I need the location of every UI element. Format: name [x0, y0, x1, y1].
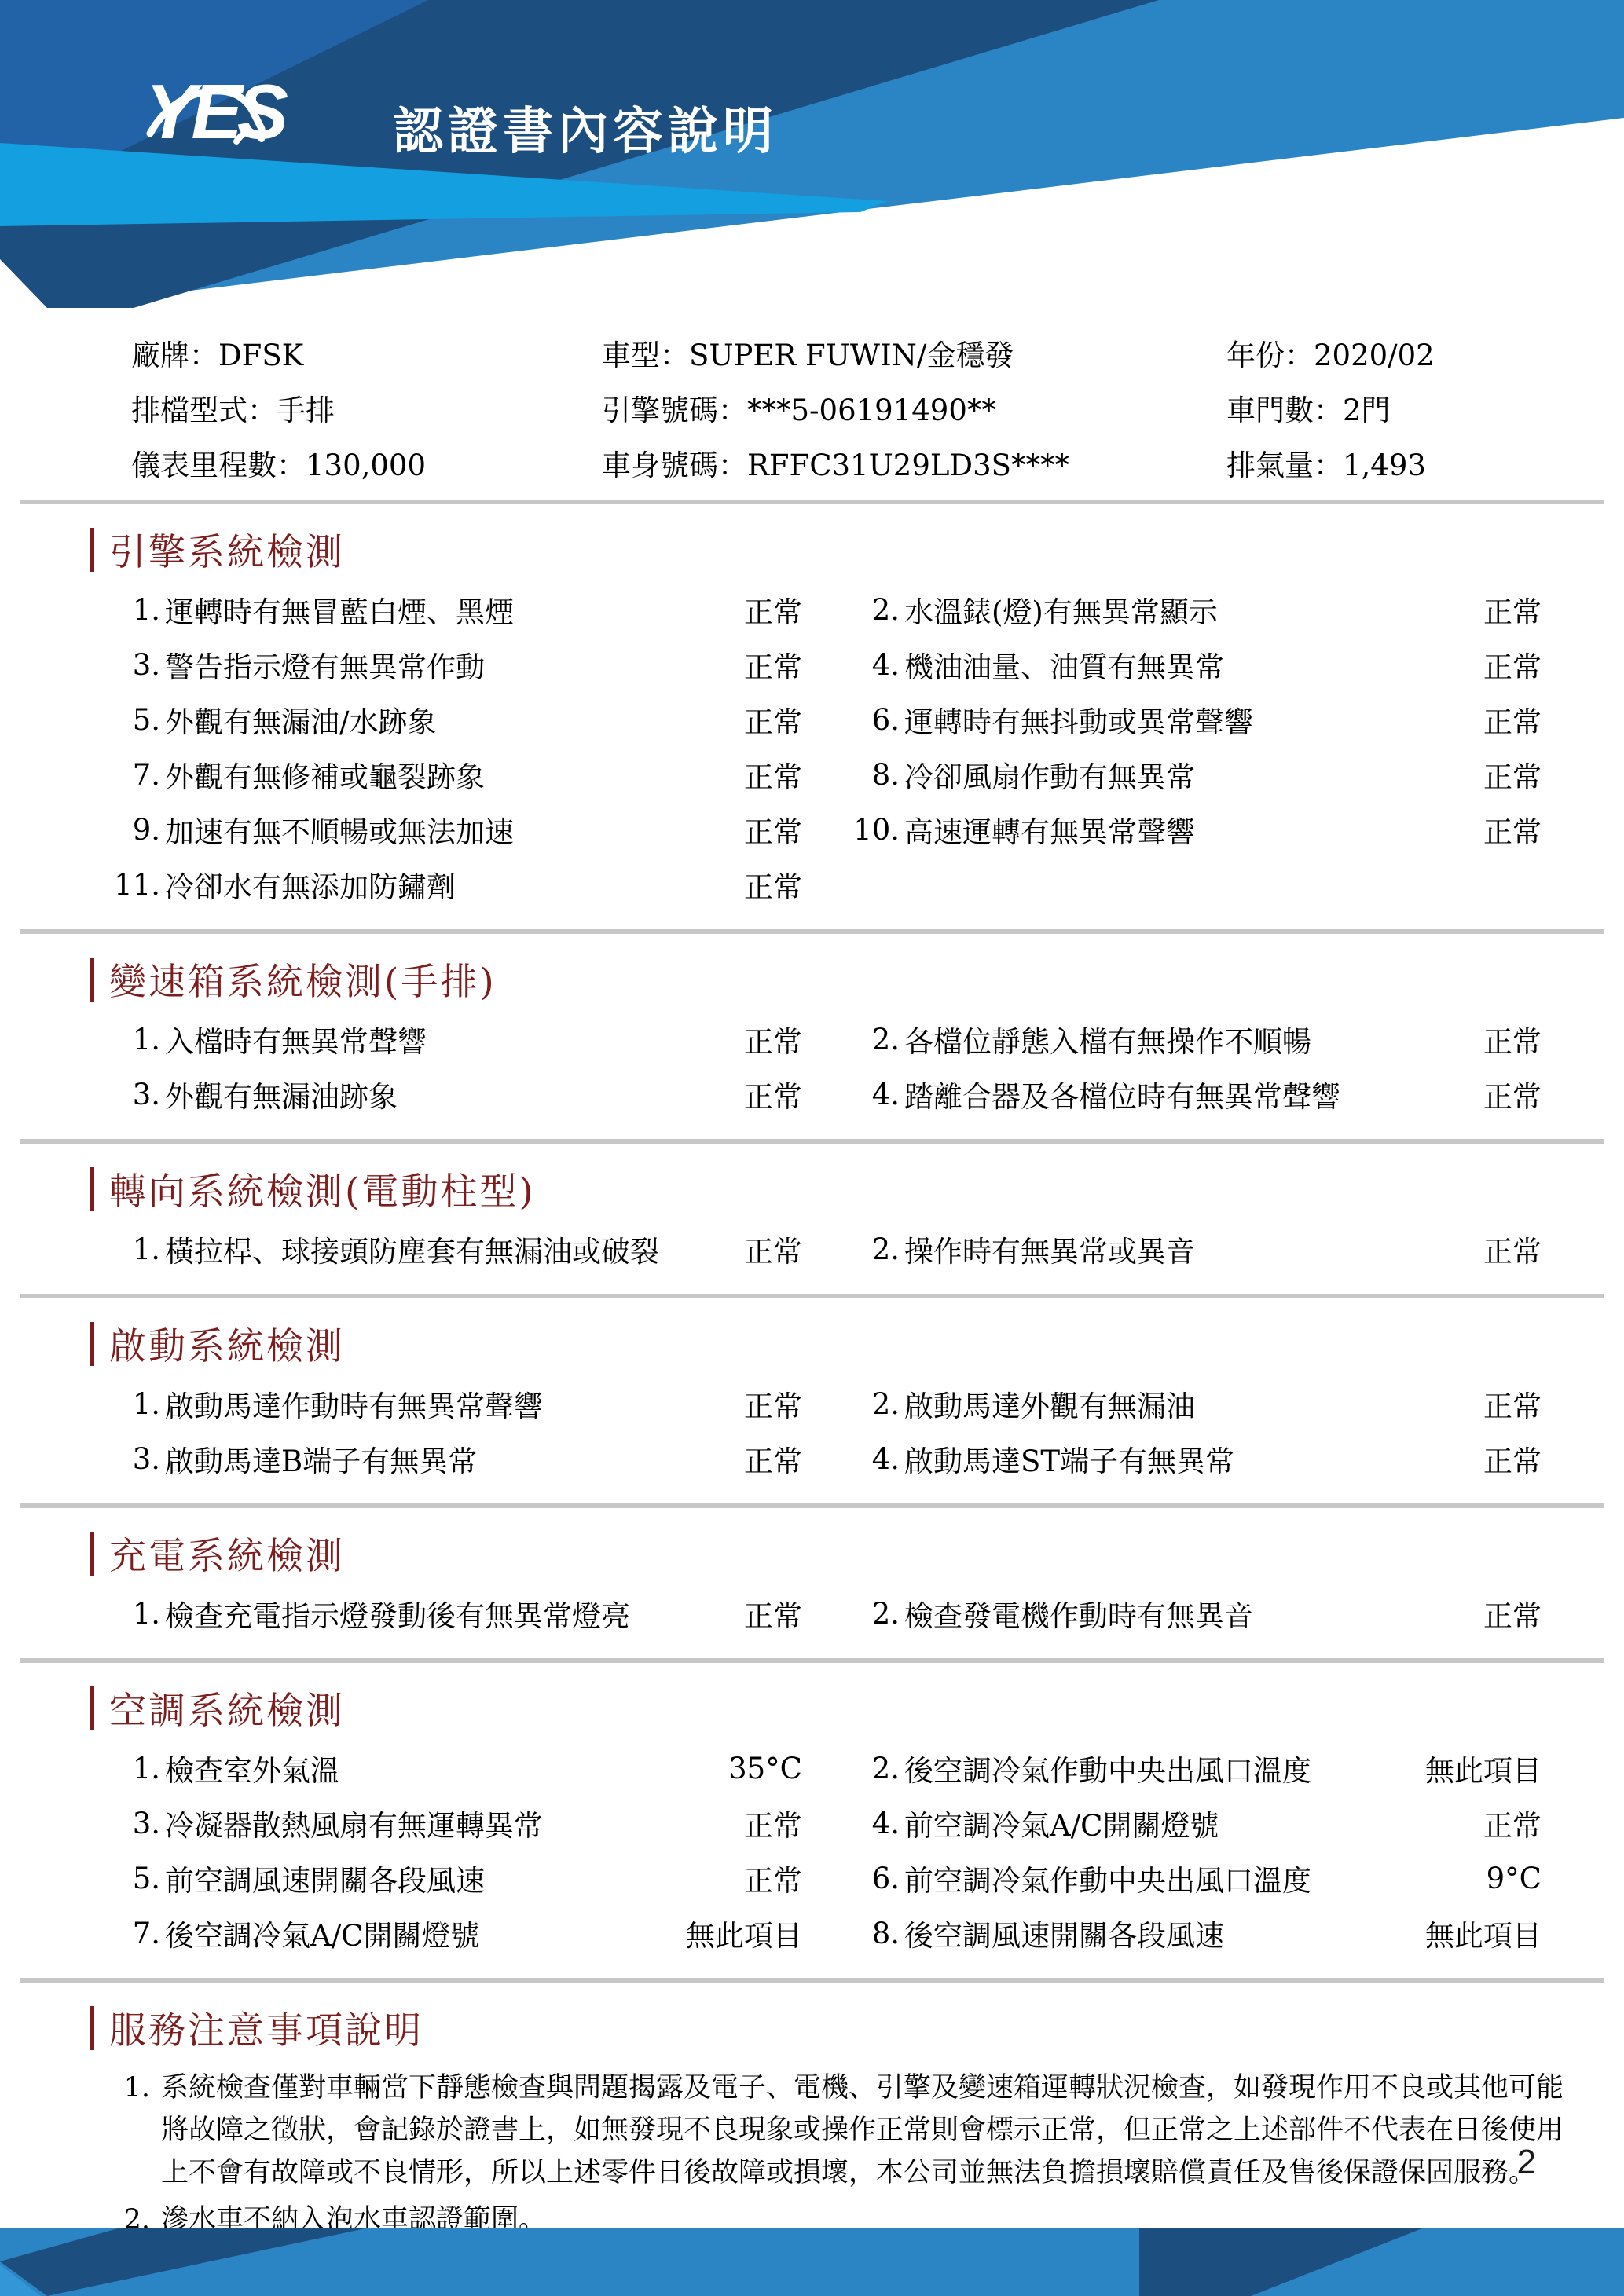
item-label: 後空調風速開關各段風速: [904, 1906, 1400, 1961]
item-label: 啟動馬達ST端子有無異常: [904, 1431, 1400, 1486]
column-gap: [802, 1012, 826, 1067]
item-value: 正常: [661, 1376, 802, 1431]
column-gap: [802, 1796, 826, 1851]
info-field-label: 車型: [602, 339, 660, 372]
note-row: 1.系統檢查僅對車輛當下靜態檢查與問題揭露及電子、電機、引擎及變速箱運轉狀況檢查…: [47, 2067, 1569, 2194]
info-field-colon: ：: [660, 339, 689, 372]
item-value: 正常: [1400, 1067, 1542, 1122]
item-number: 2.: [826, 1376, 904, 1431]
info-field-value: SUPER FUWIN/金穩發: [689, 339, 1014, 372]
page-footer: [0, 2228, 1624, 2296]
item-label: 橫拉桿、球接頭防塵套有無漏油或破裂: [165, 1221, 661, 1276]
item-number: 5.: [47, 1851, 165, 1906]
item-value: 正常: [1400, 1431, 1542, 1486]
item-value: 正常: [661, 692, 802, 747]
info-field-label: 排氣量: [1226, 449, 1314, 482]
section-title: 變速箱系統檢測(手排): [109, 953, 497, 1005]
info-field-label: 引擎號碼: [602, 394, 718, 427]
item-label: 外觀有無漏油/水跡象: [165, 692, 661, 747]
section-title: 空調系統檢測: [109, 1682, 345, 1734]
item-number: 5.: [47, 692, 165, 747]
info-field-colon: ：: [277, 449, 306, 482]
column-gap: [802, 1067, 826, 1122]
item-label: 操作時有無異常或異音: [904, 1221, 1400, 1276]
item-label: 後空調冷氣作動中央出風口溫度: [904, 1741, 1400, 1796]
column-gap: [802, 1586, 826, 1641]
column-gap: [802, 1906, 826, 1961]
section-accent-bar: [90, 1322, 94, 1366]
info-field-colon: ：: [189, 339, 218, 372]
note-text-content: 系統檢查僅對車輛當下靜態檢查與問題揭露及電子、電機、引擎及變速箱運轉狀況檢查，如…: [161, 2072, 1564, 2188]
item-value: 正常: [661, 1221, 802, 1276]
item-number: 4.: [826, 1431, 904, 1486]
item-value: 無此項目: [661, 1906, 802, 1961]
item-value: 無此項目: [1400, 1906, 1542, 1961]
info-field: 年份：2020/02: [1226, 331, 1577, 374]
info-field: 排氣量：1,493: [1226, 441, 1577, 484]
item-number: 2.: [826, 1741, 904, 1796]
section-divider: [20, 1978, 1604, 1983]
item-number: 9.: [47, 802, 165, 857]
info-field-value: 手排: [277, 394, 335, 427]
info-field-label: 車門數: [1226, 394, 1314, 427]
section-heading: 引擎系統檢測: [90, 523, 1624, 576]
column-gap: [802, 1741, 826, 1796]
item-value: 正常: [1400, 802, 1542, 857]
item-label: 啟動馬達作動時有無異常聲響: [165, 1376, 661, 1431]
page-header: YES 認證書內容說明: [0, 0, 1624, 308]
section-accent-bar: [90, 958, 94, 1002]
page-number: 2: [1517, 2143, 1536, 2182]
item-label: 冷凝器散熱風扇有無運轉異常: [165, 1796, 661, 1851]
item-number: 2.: [826, 1586, 904, 1641]
item-number: 8.: [826, 1906, 904, 1961]
section-heading: 充電系統檢測: [90, 1527, 1624, 1580]
item-value: 正常: [661, 1796, 802, 1851]
info-field-label: 廠牌: [131, 339, 189, 372]
section-items: 1.檢查充電指示燈發動後有無異常燈亮正常2.檢查發電機作動時有無異音正常: [47, 1586, 1542, 1641]
item-label: 運轉時有無冒藍白煙、黑煙: [165, 582, 661, 637]
section-accent-bar: [90, 528, 94, 572]
section-items: 1.檢查室外氣溫35°C2.後空調冷氣作動中央出風口溫度無此項目3.冷凝器散熱風…: [47, 1741, 1542, 1961]
item-label: 踏離合器及各檔位時有無異常聲響: [904, 1067, 1400, 1122]
item-number: 1.: [47, 1012, 165, 1067]
item-value: 正常: [661, 1012, 802, 1067]
car-silhouette-icon: [145, 75, 271, 154]
item-value: 正常: [661, 1431, 802, 1486]
section-items: 1.入檔時有無異常聲響正常2.各檔位靜態入檔有無操作不順暢正常3.外觀有無漏油跡…: [47, 1012, 1542, 1122]
info-field: 引擎號碼：***5-06191490**: [602, 386, 1226, 429]
section-divider: [20, 1139, 1604, 1144]
item-number: 3.: [47, 1067, 165, 1122]
info-field-colon: ：: [247, 394, 277, 427]
section-items: 1.啟動馬達作動時有無異常聲響正常2.啟動馬達外觀有無漏油正常3.啟動馬達B端子…: [47, 1376, 1542, 1486]
item-label: 外觀有無修補或龜裂跡象: [165, 747, 661, 802]
column-gap: [802, 1376, 826, 1431]
item-label: 高速運轉有無異常聲響: [904, 802, 1400, 857]
info-field-value: DFSK: [218, 339, 303, 372]
item-value: 9°C: [1400, 1851, 1542, 1906]
section-title: 充電系統檢測: [109, 1527, 345, 1580]
item-label: 檢查室外氣溫: [165, 1741, 661, 1796]
section-items: 1.橫拉桿、球接頭防塵套有無漏油或破裂正常2.操作時有無異常或異音正常: [47, 1221, 1542, 1276]
item-value: 正常: [661, 802, 802, 857]
item-value: 正常: [1400, 582, 1542, 637]
info-field-value: 130,000: [306, 449, 426, 482]
info-field-label: 車身號碼: [602, 449, 718, 482]
column-gap: [802, 802, 826, 857]
section-title: 啟動系統檢測: [109, 1317, 345, 1370]
item-label: 運轉時有無抖動或異常聲響: [904, 692, 1400, 747]
column-gap: [802, 1431, 826, 1486]
item-number: 2.: [826, 1221, 904, 1276]
section-title: 引擎系統檢測: [109, 523, 345, 576]
section-heading: 轉向系統檢測(電動柱型): [90, 1163, 1624, 1215]
section-heading: 啟動系統檢測: [90, 1317, 1624, 1370]
column-gap: [802, 1221, 826, 1276]
item-label: 前空調風速開關各段風速: [165, 1851, 661, 1906]
vehicle-info: 廠牌：DFSK車型：SUPER FUWIN/金穩發年份：2020/02排檔型式：…: [131, 331, 1577, 484]
info-field-label: 排檔型式: [131, 394, 247, 427]
item-label: 檢查充電指示燈發動後有無異常燈亮: [165, 1586, 661, 1641]
item-value: 無此項目: [1400, 1741, 1542, 1796]
item-number: 2.: [826, 582, 904, 637]
item-label: 啟動馬達外觀有無漏油: [904, 1376, 1400, 1431]
item-label: 啟動馬達B端子有無異常: [165, 1431, 661, 1486]
section-heading: 變速箱系統檢測(手排): [90, 953, 1624, 1005]
column-gap: [802, 692, 826, 747]
section-items: 1.運轉時有無冒藍白煙、黑煙正常2.水溫錶(燈)有無異常顯示正常3.警告指示燈有…: [47, 582, 1542, 912]
info-field: 車門數：2門: [1226, 386, 1577, 429]
item-number: 2.: [826, 1012, 904, 1067]
info-field-value: 1,493: [1343, 449, 1426, 482]
info-field-colon: ：: [1314, 394, 1343, 427]
item-number: 4.: [826, 1067, 904, 1122]
info-field-value: 2020/02: [1314, 339, 1435, 372]
item-value: 正常: [1400, 747, 1542, 802]
item-value: 正常: [661, 747, 802, 802]
item-number: 6.: [826, 1851, 904, 1906]
item-number: 1.: [47, 1221, 165, 1276]
item-number: 6.: [826, 692, 904, 747]
item-value: 正常: [1400, 1586, 1542, 1641]
item-value: 正常: [661, 637, 802, 692]
item-value: 正常: [1400, 1221, 1542, 1276]
section-divider: [20, 1503, 1604, 1508]
section-accent-bar: [90, 2006, 94, 2050]
item-label: 後空調冷氣A/C開關燈號: [165, 1906, 661, 1961]
page-title: 認證書內容說明: [393, 91, 778, 163]
item-number: 7.: [47, 1906, 165, 1961]
info-field-colon: ：: [1314, 449, 1343, 482]
section-title: 服務注意事項說明: [109, 2001, 423, 2054]
item-number: 8.: [826, 747, 904, 802]
item-number: 1.: [47, 1586, 165, 1641]
item-value: 正常: [1400, 1376, 1542, 1431]
item-value: 正常: [661, 1067, 802, 1122]
item-number: 1.: [47, 582, 165, 637]
section-divider: [20, 1294, 1604, 1298]
item-label: 前空調冷氣A/C開關燈號: [904, 1796, 1400, 1851]
item-label: 機油油量、油質有無異常: [904, 637, 1400, 692]
item-number: 4.: [826, 637, 904, 692]
item-value: 正常: [1400, 637, 1542, 692]
item-number: 4.: [826, 1796, 904, 1851]
item-label: 冷卻水有無添加防鏽劑: [165, 857, 661, 912]
item-number: 3.: [47, 637, 165, 692]
item-number: 3.: [47, 1431, 165, 1486]
item-number: 3.: [47, 1796, 165, 1851]
item-number: 10.: [826, 802, 904, 857]
footer-background: [0, 2228, 1624, 2296]
item-value: 35°C: [661, 1741, 802, 1796]
item-number: 1.: [47, 1741, 165, 1796]
info-field-colon: ：: [718, 449, 747, 482]
section-heading: 空調系統檢測: [90, 1682, 1624, 1734]
item-value: 正常: [1400, 692, 1542, 747]
note-text: 系統檢查僅對車輛當下靜態檢查與問題揭露及電子、電機、引擎及變速箱運轉狀況檢查，如…: [161, 2067, 1569, 2194]
section-accent-bar: [90, 1532, 94, 1576]
notes-heading: 服務注意事項說明: [90, 2001, 1624, 2054]
column-gap: [802, 582, 826, 637]
item-number: 7.: [47, 747, 165, 802]
info-field: 車身號碼：RFFC31U29LD3S****: [602, 441, 1226, 484]
item-label: 外觀有無漏油跡象: [165, 1067, 661, 1122]
info-field: 排檔型式：手排: [131, 386, 602, 429]
item-value: 正常: [1400, 1796, 1542, 1851]
item-label: 前空調冷氣作動中央出風口溫度: [904, 1851, 1400, 1906]
info-field: 儀表里程數：130,000: [131, 441, 602, 484]
document-body: 廠牌：DFSK車型：SUPER FUWIN/金穩發年份：2020/02排檔型式：…: [0, 0, 1624, 2289]
column-gap: [802, 637, 826, 692]
item-number: 1.: [47, 1376, 165, 1431]
section-divider: [20, 500, 1604, 504]
info-field-colon: ：: [718, 394, 747, 427]
section-accent-bar: [90, 1686, 94, 1730]
sections: 引擎系統檢測1.運轉時有無冒藍白煙、黑煙正常2.水溫錶(燈)有無異常顯示正常3.…: [0, 523, 1624, 1983]
info-field-label: 儀表里程數: [131, 449, 277, 482]
note-number: 1.: [47, 2067, 161, 2194]
item-label: 入檔時有無異常聲響: [165, 1012, 661, 1067]
section-accent-bar: [90, 1167, 94, 1211]
item-label: 冷卻風扇作動有無異常: [904, 747, 1400, 802]
section-divider: [20, 1658, 1604, 1663]
info-field-colon: ：: [1285, 339, 1314, 372]
info-field-value: ***5-06191490**: [747, 394, 996, 427]
item-value: 正常: [661, 857, 802, 912]
info-field: 車型：SUPER FUWIN/金穩發: [602, 331, 1226, 374]
item-label: 警告指示燈有無異常作動: [165, 637, 661, 692]
item-number: 11.: [47, 857, 165, 912]
info-field-value: RFFC31U29LD3S****: [747, 449, 1069, 482]
item-value: 正常: [661, 1851, 802, 1906]
item-value: 正常: [661, 1586, 802, 1641]
item-label: 水溫錶(燈)有無異常顯示: [904, 582, 1400, 637]
section-title: 轉向系統檢測(電動柱型): [109, 1163, 536, 1215]
item-value: 正常: [1400, 1012, 1542, 1067]
item-label: 加速有無不順暢或無法加速: [165, 802, 661, 857]
info-field: 廠牌：DFSK: [131, 331, 602, 374]
item-label: 檢查發電機作動時有無異音: [904, 1586, 1400, 1641]
brand-logo: YES: [145, 75, 286, 148]
info-field-label: 年份: [1226, 339, 1285, 372]
column-gap: [802, 747, 826, 802]
section-divider: [20, 929, 1604, 934]
item-value: 正常: [661, 582, 802, 637]
item-label: 各檔位靜態入檔有無操作不順暢: [904, 1012, 1400, 1067]
info-field-value: 2門: [1343, 394, 1391, 427]
column-gap: [802, 1851, 826, 1906]
